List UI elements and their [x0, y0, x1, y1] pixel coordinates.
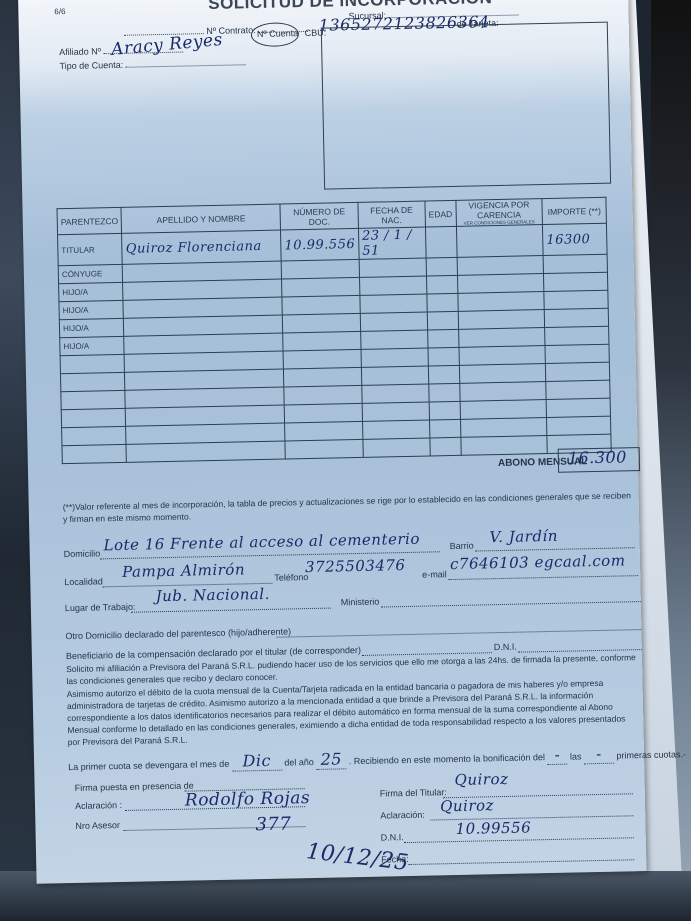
cuota-las-label: las	[570, 751, 582, 761]
cuota-bonif-text: . Recibiendo en este momento la bonifica…	[349, 752, 545, 766]
cell-parentezco: CÓNYUGE	[58, 264, 123, 283]
cell-doc: 10.99.556	[281, 228, 359, 261]
dni-line	[404, 837, 634, 843]
dni-label: D.N.I.	[381, 832, 404, 842]
cuota-line: La primer cuota se devengara el mes de D…	[68, 742, 686, 775]
cell-edad	[428, 329, 459, 348]
cell-vigencia	[457, 292, 544, 312]
cell-vigencia	[460, 418, 547, 438]
cell-vigencia	[459, 382, 546, 402]
cuota-suffix: primeras cuotas.-	[616, 749, 686, 760]
cell-nombre	[126, 441, 285, 462]
cell-fecha: 23 / 1 / 51	[358, 227, 426, 259]
cell-fecha	[361, 366, 428, 385]
cuota-bonif-value: -	[547, 746, 567, 765]
cell-parentezco	[61, 408, 126, 427]
firma-titular-value: Quiroz	[454, 770, 508, 789]
lugar-trabajo-value: Jub. Nacional.	[155, 585, 270, 605]
cell-importe: 16300	[543, 223, 607, 255]
aclaracion-right-value: Quiroz	[440, 796, 494, 815]
cuota-anio-label: del año	[284, 757, 314, 768]
cell-parentezco	[62, 444, 127, 463]
fecha-line	[408, 859, 634, 865]
email-value: c7646103 egcaal.com	[450, 551, 626, 573]
cell-parentezco: HIJO/A	[59, 300, 124, 319]
cell-edad	[429, 419, 460, 438]
cuota-prefix: La primer cuota se devengara el mes de	[68, 759, 229, 772]
header-doc: NÚMERO DE DOC.	[280, 202, 358, 230]
cell-edad	[427, 311, 458, 330]
cell-fecha	[361, 348, 428, 367]
domicilio-label: Domicilio	[64, 548, 101, 559]
cell-importe	[544, 290, 608, 309]
cell-edad	[427, 293, 458, 312]
telefono-label: Teléfono	[274, 572, 308, 583]
cell-parentezco: HIJO/A	[59, 318, 124, 337]
tipo-cuenta-field: Tipo de Cuenta:	[59, 57, 245, 71]
cell-doc	[284, 385, 362, 405]
cell-fecha	[360, 312, 427, 331]
cell-doc	[285, 421, 363, 441]
cell-fecha	[359, 258, 426, 277]
cell-vigencia	[459, 364, 546, 384]
header-nombre: APELLIDO Y NOMBRE	[121, 204, 280, 233]
otro-domicilio-label: Otro Domicilio declarado del parentesco …	[65, 626, 291, 641]
cell-fecha	[360, 294, 427, 313]
cell-parentezco	[62, 426, 127, 445]
cell-importe	[543, 254, 607, 273]
cell-doc	[282, 295, 360, 315]
cell-parentezco	[60, 372, 125, 391]
cell-edad	[428, 347, 459, 366]
cell-vigencia	[458, 328, 545, 348]
domicilio-value: Lote 16 Frente al acceso al cementerio	[103, 530, 420, 555]
email-label: e-mail	[422, 569, 447, 580]
cuenta-label: Nº Cuenta	[257, 28, 299, 39]
cell-importe	[544, 308, 608, 327]
cell-parentezco: HIJO/A	[60, 336, 125, 355]
cuota-mes-value: Dic	[232, 751, 282, 772]
ministerio-line	[381, 601, 641, 607]
aclaracion-right-label: Aclaración:	[380, 810, 425, 821]
cell-vigencia	[457, 256, 544, 276]
lugar-trabajo-line	[131, 608, 331, 613]
localidad-label: Localidad	[64, 576, 103, 587]
beneficiario-dni-label: D.N.I.	[494, 642, 517, 652]
asesor-value: 377	[255, 813, 291, 835]
cell-vigencia	[458, 310, 545, 330]
afiliado-label: Afiliado Nº	[59, 46, 101, 57]
cell-edad	[425, 226, 456, 258]
presencia-label: Firma puesta en presencia de	[75, 780, 194, 792]
header-vigencia: VIGENCIA POR CARENCIA VER CONDICIONES GE…	[455, 199, 542, 227]
cell-doc	[283, 331, 361, 351]
cell-doc	[281, 259, 359, 279]
cell-parentezco	[60, 354, 125, 373]
cell-importe	[547, 416, 611, 435]
cell-nombre: Quiroz Florenciana	[122, 230, 281, 264]
cell-importe	[546, 398, 610, 417]
header-parentezco: PARENTEZCO	[57, 207, 122, 234]
cell-importe	[545, 326, 609, 345]
cell-doc	[282, 277, 360, 297]
barrio-label: Barrio	[450, 541, 474, 552]
cell-doc	[282, 313, 360, 333]
cell-doc	[285, 439, 363, 459]
cell-parentezco	[61, 390, 126, 409]
cell-fecha	[362, 420, 429, 439]
cell-fecha	[363, 438, 430, 457]
lugar-trabajo-label: Lugar de Trabajo:	[65, 602, 136, 613]
cell-parentezco: HIJO/A	[59, 282, 124, 301]
cell-fecha	[359, 276, 426, 295]
cell-doc	[283, 349, 361, 369]
cell-doc	[284, 367, 362, 387]
cell-vigencia	[456, 225, 543, 258]
otro-domicilio-line	[277, 629, 642, 638]
cell-edad	[428, 365, 459, 384]
fecha-value: 10/12/25	[305, 839, 410, 876]
asesor-label: Nro Asesor	[75, 820, 120, 831]
tipo-cuenta-label: Tipo de Cuenta:	[59, 60, 123, 71]
aclaracion-left-label: Aclaración :	[75, 800, 122, 811]
cell-vigencia	[460, 436, 547, 456]
cuota-anio-value: 25	[316, 749, 346, 770]
cell-vigencia	[460, 400, 547, 420]
cell-fecha	[360, 330, 427, 349]
cell-importe	[545, 344, 609, 363]
email-line	[448, 575, 638, 580]
cuota-las-value: -	[584, 745, 614, 765]
cell-parentezco: TITULAR	[58, 233, 123, 265]
form-page: 6/6 SOLICITUD DE INCORPORACIÓN Sucursal:…	[18, 0, 647, 884]
tarjeta-box	[321, 22, 611, 190]
cell-fecha	[362, 402, 429, 421]
cell-importe	[546, 362, 610, 381]
header-fecha: FECHA DE NAC.	[358, 201, 426, 228]
cell-vigencia	[457, 274, 544, 294]
cell-edad	[429, 401, 460, 420]
cell-edad	[426, 257, 457, 276]
cell-edad	[426, 275, 457, 294]
members-table: PARENTEZCO APELLIDO Y NOMBRE NÚMERO DE D…	[56, 197, 611, 464]
cell-edad	[430, 437, 461, 456]
cell-importe	[546, 380, 610, 399]
aclaracion-left-value: Rodolfo Rojas	[185, 788, 311, 811]
cell-doc	[284, 403, 362, 423]
cuenta-field: Nº Cuenta CBU:	[257, 28, 327, 39]
cell-fecha	[362, 384, 429, 403]
dni-value: 10.99556	[455, 818, 531, 838]
telefono-value: 3725503476	[305, 556, 406, 576]
cell-importe	[544, 272, 608, 291]
page-number: 6/6	[54, 7, 65, 16]
header-vigencia-label: VIGENCIA POR CARENCIA	[468, 199, 529, 220]
firma-titular-label: Firma del Titular:	[380, 787, 447, 798]
barrio-value: V. Jardín	[489, 527, 558, 546]
header-edad: EDAD	[425, 200, 456, 227]
autorizacion-paragraph: Asimismo autorizo el débito de la cuota …	[67, 676, 638, 748]
ministerio-label: Ministerio	[341, 597, 380, 608]
abono-value: 16.300	[568, 447, 627, 467]
cell-vigencia	[459, 346, 546, 366]
cell-edad	[429, 383, 460, 402]
price-note: (**)Valor referente al mes de incorporac…	[63, 489, 633, 525]
header-importe: IMPORTE (**)	[542, 197, 606, 224]
localidad-value: Pampa Almirón	[122, 560, 245, 581]
tipo-cuenta-line	[126, 64, 246, 68]
